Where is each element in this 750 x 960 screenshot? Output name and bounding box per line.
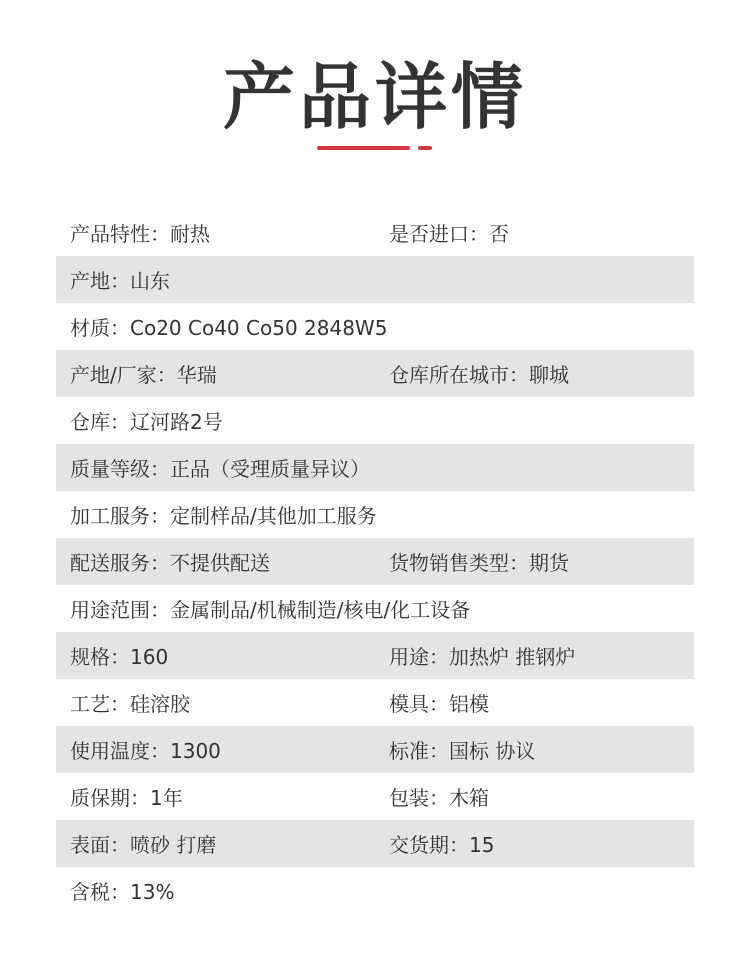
spec-left: 工艺：硅溶胶 [56, 688, 375, 717]
spec-right: 是否进口：否 [375, 218, 509, 247]
spec-left: 产地/厂家：华瑞 [56, 359, 375, 388]
spec-row: 仓库：辽河路2号 [56, 397, 694, 444]
spec-row: 用途范围：金属制品/机械制造/核电/化工设备 [56, 585, 694, 632]
spec-right: 货物销售类型：期货 [375, 547, 569, 576]
spec-left: 质量等级：正品（受理质量异议） [56, 453, 375, 482]
spec-row: 质保期：1年 包装：木箱 [56, 773, 694, 820]
spec-left: 配送服务：不提供配送 [56, 547, 375, 576]
spec-right: 标准：国标 协议 [375, 735, 535, 764]
spec-table: 产品特性：耐热 是否进口：否 产地：山东 材质：Co20 Co40 Co50 2… [56, 209, 694, 914]
spec-left: 表面：喷砂 打磨 [56, 829, 375, 858]
spec-row: 产品特性：耐热 是否进口：否 [56, 209, 694, 256]
spec-right: 交货期：15 [375, 829, 494, 858]
spec-row: 质量等级：正品（受理质量异议） [56, 444, 694, 491]
spec-row: 加工服务：定制样品/其他加工服务 [56, 491, 694, 538]
spec-row: 配送服务：不提供配送 货物销售类型：期货 [56, 538, 694, 585]
spec-row: 使用温度：1300 标准：国标 协议 [56, 726, 694, 773]
spec-left: 产地：山东 [56, 265, 375, 294]
spec-right: 包装：木箱 [375, 782, 489, 811]
spec-left: 质保期：1年 [56, 782, 375, 811]
spec-row: 产地/厂家：华瑞 仓库所在城市：聊城 [56, 350, 694, 397]
title-underline-long [317, 146, 410, 150]
spec-row: 表面：喷砂 打磨 交货期：15 [56, 820, 694, 867]
spec-left: 材质：Co20 Co40 Co50 2848W5 [56, 312, 375, 341]
spec-left: 规格：160 [56, 641, 375, 670]
spec-right: 仓库所在城市：聊城 [375, 359, 569, 388]
title-underline-short [418, 146, 432, 150]
spec-left: 仓库：辽河路2号 [56, 406, 375, 435]
spec-right: 模具：铝模 [375, 688, 489, 717]
spec-row: 材质：Co20 Co40 Co50 2848W5 [56, 303, 694, 350]
spec-left: 产品特性：耐热 [56, 218, 375, 247]
spec-left: 使用温度：1300 [56, 735, 375, 764]
spec-left: 加工服务：定制样品/其他加工服务 [56, 500, 375, 529]
spec-left: 含税：13% [56, 876, 375, 905]
spec-left: 用途范围：金属制品/机械制造/核电/化工设备 [56, 594, 375, 623]
spec-row: 规格：160 用途：加热炉 推钢炉 [56, 632, 694, 679]
spec-row: 含税：13% [56, 867, 694, 914]
page-title: 产品详情 [0, 52, 750, 142]
spec-row: 产地：山东 [56, 256, 694, 303]
spec-row: 工艺：硅溶胶 模具：铝模 [56, 679, 694, 726]
spec-right: 用途：加热炉 推钢炉 [375, 641, 575, 670]
